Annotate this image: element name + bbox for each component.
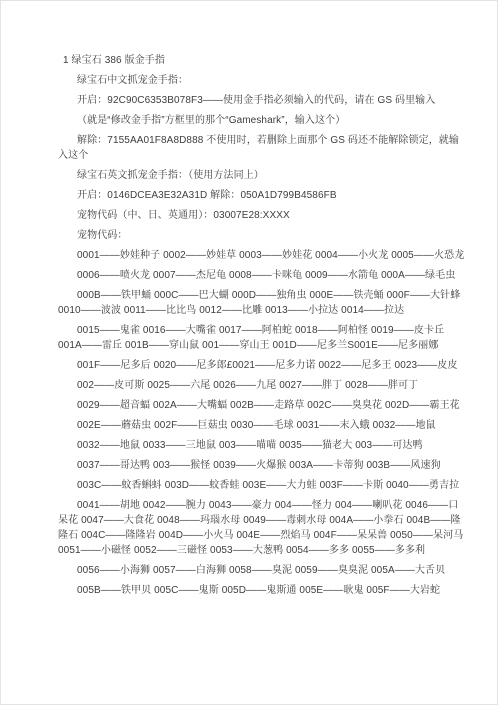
doc-line: 001A——雷丘 001B——穿山鼠 001——穿山王 001D——尼多兰S00… xyxy=(1,338,497,353)
doc-line: 绿宝石中文抓宠金手指： xyxy=(1,73,497,88)
document-body: 1 绿宝石 386 版金手指 绿宝石中文抓宠金手指： 开启：92C90C6353… xyxy=(1,53,497,598)
doc-line: 宠物代码（中、日、英通用）：03007E28:XXXX xyxy=(1,208,497,223)
doc-line: 宠物代码： xyxy=(1,228,497,243)
doc-line: 0010——波波 0011——比比鸟 0012——比雕 0013——小拉达 00… xyxy=(1,303,497,318)
doc-line: 0056——小海狮 0057——白海狮 0058——臭泥 0059——臭臭泥 0… xyxy=(1,563,497,578)
doc-line: 解除：7155AA01F8A8D888 不使用时，若删除上面那个 GS 码还不能… xyxy=(1,133,497,148)
doc-line: 0029——超音蝠 002A——大嘴蝠 002B——走路草 002C——臭臭花 … xyxy=(1,398,497,413)
doc-line: 0041——胡地 0042——腕力 0043——豪力 004——怪力 004——… xyxy=(1,498,497,513)
doc-line: 绿宝石英文抓宠金手指：（使用方法同上） xyxy=(1,168,497,183)
doc-line: 0037——哥达鸭 003——猴怪 0039——火爆猴 003A——卡蒂狗 00… xyxy=(1,458,497,473)
doc-line: 开启：0146DCEA3E32A31D 解除：050A1D799B4586FB xyxy=(1,188,497,203)
doc-line: （就是“修改金手指”方框里的那个“Gameshark”，输入这个） xyxy=(1,113,497,128)
doc-line: 呆花 0047——大食花 0048——玛瑙水母 0049——毒刺水母 004A—… xyxy=(1,513,497,528)
doc-line: 002E——蘑菇虫 002F——巨菇虫 0030——毛球 0031——末入蛾 0… xyxy=(1,418,497,433)
doc-line: 0051——小磁怪 0052——三磁怪 0053——大葱鸭 0054——多多 0… xyxy=(1,543,497,558)
doc-line: 005B——铁甲贝 005C——鬼斯 005D——鬼斯通 005E——耿鬼 00… xyxy=(1,583,497,598)
doc-line: 0032——地鼠 0033——三地鼠 003——喵喵 0035——猫老大 003… xyxy=(1,438,497,453)
doc-line: 000B——铁甲蛹 000C——巴大蝴 000D——独角虫 000E——铁壳蛹 … xyxy=(1,288,497,303)
document-page: 1 绿宝石 386 版金手指 绿宝石中文抓宠金手指： 开启：92C90C6353… xyxy=(0,0,498,705)
doc-line: 002——皮可斯 0025——六尾 0026——九尾 0027——胖丁 0028… xyxy=(1,378,497,393)
doc-line: 003C——蚊香蝌蚪 003D——蚊香蛙 003E——大力蛙 003F——卡斯 … xyxy=(1,478,497,493)
doc-line: 0015——鬼雀 0016——大嘴雀 0017——阿柏蛇 0018——阿柏怪 0… xyxy=(1,323,497,338)
doc-line: 0001——妙娃种子 0002——妙娃草 0003——妙娃花 0004——小火龙… xyxy=(1,248,497,263)
doc-line: 0006——喷火龙 0007——杰尼龟 0008——卡咪龟 0009——水箭龟 … xyxy=(1,268,497,283)
doc-title: 1 绿宝石 386 版金手指 xyxy=(1,53,497,68)
doc-line: 隆石 004C——隆隆岩 004D——小火马 004E——烈焰马 004F——呆… xyxy=(1,528,497,543)
doc-line: 开启：92C90C6353B078F3——使用金手指必须输入的代码，请在 GS … xyxy=(1,93,497,108)
doc-line: 001F——尼多后 0020——尼多郎£0021——尼多力诺 0022——尼多王… xyxy=(1,358,497,373)
doc-line: 入这个 xyxy=(1,148,497,163)
